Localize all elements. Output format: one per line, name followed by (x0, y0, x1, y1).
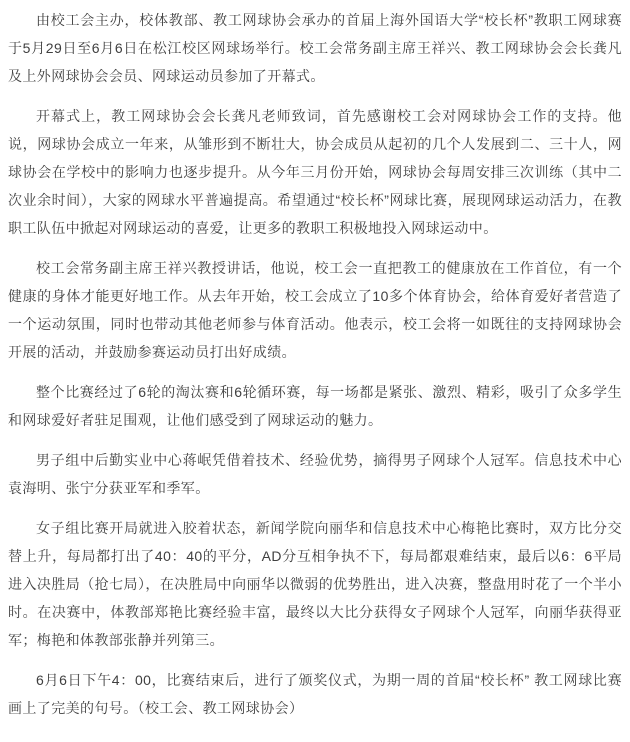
paragraph-opening-ceremony-speech: 开幕式上，教工网球协会会长龚凡老师致词，首先感谢校工会对网球协会工作的支持。他说… (8, 102, 622, 242)
paragraph-womens-results: 女子组比赛开局就进入胶着状态，新闻学院向丽华和信息技术中心梅艳比赛时，双方比分交… (8, 514, 622, 654)
paragraph-closing: 6月6日下午4：00，比赛结束后，进行了颁奖仪式，为期一周的首届“校长杯” 教工… (8, 666, 622, 722)
paragraph-union-chair-speech: 校工会常务副主席王祥兴教授讲话，他说，校工会一直把教工的健康放在工作首位，有一个… (8, 254, 622, 366)
paragraph-mens-results: 男子组中后勤实业中心蒋岷凭借着技术、经验优势，摘得男子网球个人冠军。信息技术中心… (8, 446, 622, 502)
article-body: 由校工会主办，校体教部、教工网球协会承办的首届上海外国语大学“校长杯”教职工网球… (0, 0, 630, 742)
paragraph-match-overview: 整个比赛经过了6轮的淘汰赛和6轮循环赛，每一场都是紧张、激烈、精彩，吸引了众多学… (8, 378, 622, 434)
paragraph-intro: 由校工会主办，校体教部、教工网球协会承办的首届上海外国语大学“校长杯”教职工网球… (8, 6, 622, 90)
